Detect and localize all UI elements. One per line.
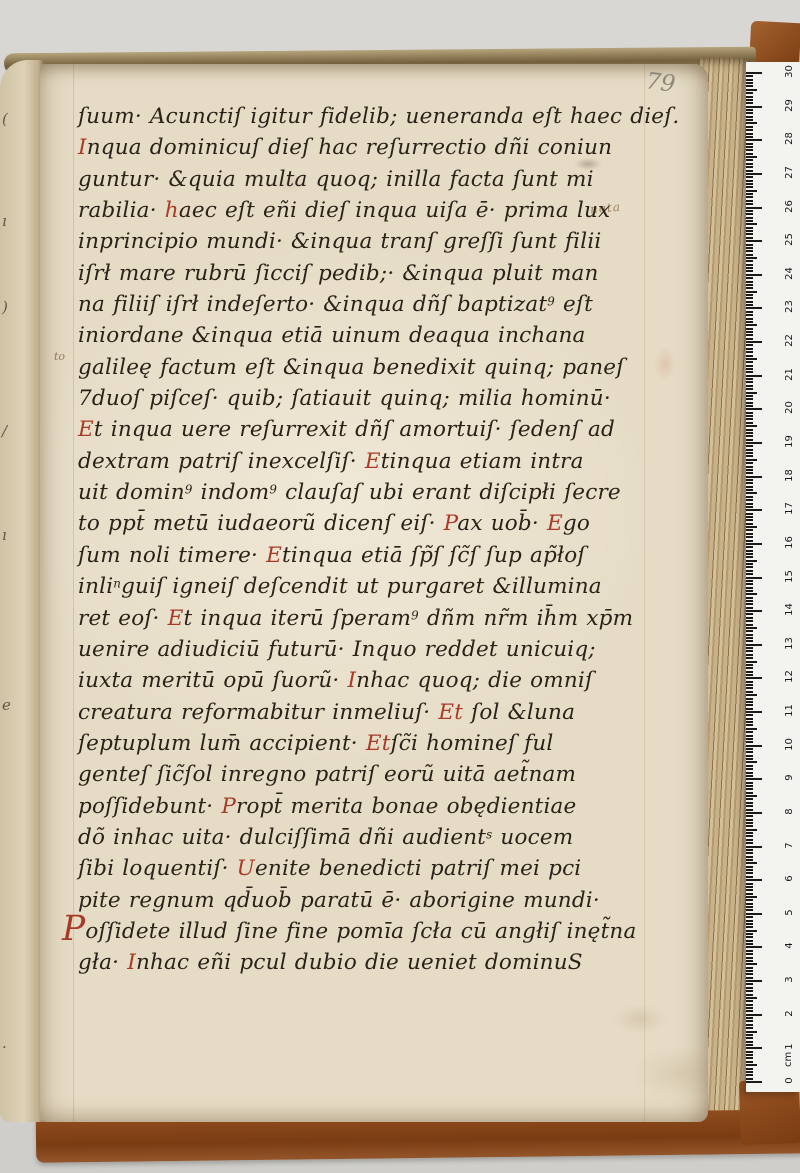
ruler-tick	[746, 96, 753, 98]
manuscript-line: Inqua dominicuſ dieſ hac reſurrectio dñi…	[78, 135, 698, 166]
text-segment: 9	[411, 608, 419, 622]
ruler-number: 14	[784, 602, 795, 617]
text-segment: 9	[547, 295, 555, 309]
ruler-tick	[746, 812, 762, 814]
ruler-tick	[746, 607, 753, 609]
manuscript-line: to ppt̄ metū iudaeorũ dicenſ eiſ· Pax uo…	[78, 511, 698, 542]
text-segment: oſſidete illud ſine fine pomīa ſcła cū a…	[85, 919, 636, 944]
ruler-tick	[746, 650, 753, 652]
ruler-tick	[746, 883, 753, 885]
ruler-tick	[746, 240, 762, 242]
ruler-tick	[746, 657, 753, 659]
ruler-tick	[746, 923, 753, 925]
text-segment: ax uob̄·	[457, 511, 547, 536]
ruler-tick	[746, 1041, 753, 1043]
rubricated-initial: P	[444, 511, 458, 536]
ruler-tick	[746, 1007, 753, 1009]
ruler-tick	[746, 620, 753, 622]
ruler-tick	[746, 795, 757, 797]
ruler-tick	[746, 550, 753, 552]
ruler-tick	[746, 307, 762, 309]
manuscript-line: ſuum· Acunctiſ igitur fidelib; ueneranda…	[78, 104, 698, 135]
text-segment: dõ inhac uita· dulciſſimā dñi audient	[78, 825, 486, 850]
ruler-number: 22	[784, 333, 795, 348]
ruler-tick	[746, 183, 753, 185]
rubricated-initial: U	[237, 856, 255, 881]
ruler-tick	[746, 227, 753, 229]
ruler-tick	[746, 170, 753, 172]
ruler-tick	[746, 879, 762, 881]
ruler-number: 29	[784, 98, 795, 113]
ruler-tick	[746, 1057, 753, 1059]
ruler-tick	[746, 1020, 753, 1022]
ruler-tick	[746, 237, 753, 239]
ruler-tick	[746, 190, 757, 192]
text-segment: 9	[269, 483, 277, 497]
manuscript-line: iniordane &inqua etiā uinum deaqua incha…	[78, 323, 698, 354]
ruler-number: 6	[784, 871, 795, 886]
ruler-tick	[746, 741, 753, 743]
ruler-tick	[746, 590, 753, 592]
ruler-tick	[746, 765, 753, 767]
edge-letter-fragment: ı	[2, 526, 7, 544]
rubricated-initial: P	[62, 909, 85, 949]
ruler-tick	[746, 1044, 753, 1046]
manuscript-line: rabilia· haec eſt eñi dieſ inqua uiſa ē·…	[78, 198, 698, 229]
ruler-tick	[746, 856, 753, 858]
ruler-tick	[746, 540, 753, 542]
rubricated-initial: I	[78, 135, 87, 160]
ruler-tick	[746, 469, 753, 471]
ruler-number: 13	[784, 636, 795, 651]
ruler-tick	[746, 792, 753, 794]
ruler-tick	[746, 82, 753, 84]
rubricated-initial: P	[221, 794, 236, 819]
text-segment: genteſ ſic̃ſol inregno patriſ eorũ uitā …	[78, 762, 576, 787]
ruler-tick	[746, 597, 753, 599]
ruler-tick	[746, 570, 753, 572]
ruler-tick	[746, 755, 753, 757]
manuscript-line: genteſ ſic̃ſol inregno patriſ eorũ uitā …	[78, 762, 698, 793]
text-segment: guiſ igneiſ deſcendit ut purgaret &illum…	[121, 574, 602, 599]
ruler-tick	[746, 691, 753, 693]
ruler-tick	[746, 244, 753, 246]
page-number: 79	[645, 68, 677, 97]
ruler-tick	[746, 546, 753, 548]
ruler-tick	[746, 328, 753, 330]
ruler-tick	[746, 455, 753, 457]
ruler-tick	[746, 556, 753, 558]
ruler-number: 15	[784, 569, 795, 584]
ruler-tick	[746, 563, 753, 565]
ruler-tick	[746, 388, 753, 390]
ruler-tick	[746, 331, 753, 333]
ruler-tick	[746, 933, 753, 935]
text-segment: ret eoſ·	[78, 606, 168, 631]
text-segment: ſibi loquentiſ·	[78, 856, 237, 881]
ruler-tick	[746, 492, 757, 494]
ruler-tick	[746, 247, 753, 249]
ruler-tick	[746, 580, 753, 582]
ruler-tick	[746, 1078, 753, 1080]
ruler-tick	[746, 849, 753, 851]
ruler-tick	[746, 577, 762, 579]
ruler-tick	[746, 1024, 753, 1026]
rubricated-initial: E	[168, 606, 184, 631]
ruler-tick	[746, 758, 753, 760]
ruler-tick	[746, 445, 753, 447]
ruler-number: 23	[784, 299, 795, 314]
text-segment: pite regnum qd̄uob̄ paratū ē· aborigine …	[78, 888, 600, 913]
ruler-tick	[746, 943, 753, 945]
ruler-tick	[746, 990, 753, 992]
ruler-number: 28	[784, 131, 795, 146]
ruler-tick	[746, 782, 753, 784]
ruler-tick	[746, 963, 757, 965]
ruler-tick	[746, 738, 753, 740]
text-block: ſuum· Acunctiſ igitur fidelib; ueneranda…	[78, 104, 698, 982]
ruler-number: 12	[784, 669, 795, 684]
edge-letter-fragment: ·	[2, 1038, 7, 1056]
ruler-tick	[746, 186, 753, 188]
ruler-tick	[746, 987, 753, 989]
ruler-tick	[746, 967, 753, 969]
text-segment: tinqua etiā ſp̃ſ ſc̃ſ ſup ap̃łoſ	[282, 543, 585, 568]
ruler-tick	[746, 519, 753, 521]
text-segment: guntur· &quia multa quoq; inilla facta ſ…	[78, 167, 594, 192]
ruler-tick	[746, 233, 753, 235]
ruler-tick	[746, 788, 753, 790]
ruler-tick	[746, 997, 757, 999]
ruler-tick	[746, 936, 753, 938]
ruler-tick	[746, 153, 753, 155]
text-segment: ropt̄ merita bonae obędientiae	[236, 794, 576, 819]
ruler-tick	[746, 196, 753, 198]
ruler-tick	[746, 180, 753, 182]
text-segment: ſeptuplum lum̄ accipient·	[78, 731, 366, 756]
ruler-tick	[746, 176, 753, 178]
ruler-tick	[746, 906, 753, 908]
ruler-tick	[746, 728, 757, 730]
ruler-tick	[746, 684, 753, 686]
ruler-tick	[746, 368, 753, 370]
ruler-number: 3	[784, 972, 795, 987]
ruler-tick	[746, 230, 753, 232]
manuscript-line: 7duoſ piſceſ· quib; ſatiauit quinq; mili…	[78, 386, 698, 417]
ruler-tick	[746, 714, 753, 716]
ruler-tick	[746, 916, 753, 918]
ruler-tick	[746, 210, 753, 212]
text-segment: 9	[185, 483, 193, 497]
ruler-tick	[746, 872, 753, 874]
edge-letter-fragment: e	[2, 696, 11, 714]
ruler-tick	[746, 842, 753, 844]
ruler-tick	[746, 745, 762, 747]
ruler-tick	[746, 361, 753, 363]
manuscript-line: guntur· &quia multa quoq; inilla facta ſ…	[78, 167, 698, 198]
ruler-tick	[746, 1031, 757, 1033]
ruler-tick	[746, 324, 757, 326]
ruler-tick	[746, 825, 753, 827]
ruler-tick	[746, 72, 762, 74]
text-segment: dextram patriſ inexcelſiſ·	[78, 449, 365, 474]
ruler-tick	[746, 566, 753, 568]
ruler-tick	[746, 617, 753, 619]
ruler-tick	[746, 1014, 762, 1016]
ruler-tick	[746, 1000, 753, 1002]
ruler-tick	[746, 654, 753, 656]
ruler-tick	[746, 698, 753, 700]
text-segment: t inqua iterū ſperam	[183, 606, 411, 631]
ruler-tick	[746, 832, 753, 834]
ruler-tick	[746, 311, 753, 313]
ruler-tick	[746, 940, 753, 942]
ruler-tick	[746, 479, 753, 481]
ruler-tick	[746, 681, 753, 683]
text-segment: iniordane &inqua etiā uinum deaqua incha…	[78, 323, 586, 348]
ruler-tick	[746, 644, 762, 646]
ruler-tick	[746, 341, 762, 343]
ruler-tick	[746, 472, 753, 474]
manuscript-line: pite regnum qd̄uob̄ paratū ē· aborigine …	[78, 888, 698, 919]
facing-page-edge: (ı)/ıe·	[0, 60, 44, 1122]
ruler-tick	[746, 264, 753, 266]
text-segment: uit domin	[78, 480, 185, 505]
ruler-tick	[746, 634, 753, 636]
ruler-tick	[746, 109, 753, 111]
edge-letter-fragment: )	[2, 298, 8, 316]
ruler-tick	[746, 267, 753, 269]
manuscript-line: na filiiſ iſrł indeſerto· &inqua dñſ bap…	[78, 292, 698, 323]
text-segment: gła·	[78, 950, 127, 975]
ruler-tick	[746, 920, 753, 922]
ruler-tick	[746, 751, 753, 753]
ruler-tick	[746, 223, 757, 225]
text-segment: nhac eñi pcul dubio die ueniet dominuS	[136, 950, 583, 975]
ruler-tick	[746, 839, 753, 841]
rubricated-initial: I	[127, 950, 136, 975]
ruler-number: 4	[784, 938, 795, 953]
text-segment: rabilia·	[78, 198, 165, 223]
ruler-number: 24	[784, 266, 795, 281]
ruler-number: 9	[784, 770, 795, 785]
ruler-tick	[746, 1027, 753, 1029]
ruler-number: 16	[784, 535, 795, 550]
ruler-tick	[746, 112, 753, 114]
ruler-tick	[746, 250, 753, 252]
ruler-tick	[746, 89, 757, 91]
ruler-tick	[746, 1051, 753, 1053]
ruler-tick	[746, 422, 753, 424]
ruler-tick	[746, 146, 753, 148]
ruler-tick	[746, 1034, 753, 1036]
ruler-tick	[746, 281, 753, 283]
manuscript-line: ſeptuplum lum̄ accipient· Etſc̃i homineſ…	[78, 731, 698, 762]
ruler-tick	[746, 486, 753, 488]
ruler-tick	[746, 637, 753, 639]
ruler-tick	[746, 798, 753, 800]
ruler-tick	[746, 395, 753, 397]
ruler-tick	[746, 287, 753, 289]
ruler-tick	[746, 647, 753, 649]
manuscript-line: inprincipio mundi· &inqua tranſ greſſi ſ…	[78, 229, 698, 260]
ruler-tick	[746, 869, 753, 871]
ruler-tick	[746, 950, 753, 952]
ruler-tick	[746, 610, 762, 612]
ruler-tick	[746, 429, 753, 431]
ruler-tick	[746, 270, 753, 272]
ruler-number: 5	[784, 905, 795, 920]
ruler-tick	[746, 254, 753, 256]
rubricated-initial: Et	[366, 731, 391, 756]
ruler-tick	[746, 671, 753, 673]
ruler-tick	[746, 284, 753, 286]
ruler-number: 11	[784, 703, 795, 718]
text-segment: nqua dominicuſ dieſ hac reſurrectio dñi …	[87, 135, 613, 160]
ruler-tick	[746, 523, 753, 525]
ruler-tick	[746, 1071, 753, 1073]
ruler-number: 0	[784, 1073, 795, 1088]
text-segment: ſc̃i homineſ ful	[391, 731, 554, 756]
ruler-tick	[746, 476, 762, 478]
ruler-tick	[746, 489, 753, 491]
ruler-tick	[746, 365, 753, 367]
ruler-tick	[746, 173, 762, 175]
measuring-ruler: cm 3029282726252423222120191817161514131…	[746, 62, 800, 1092]
ruler-tick	[746, 533, 753, 535]
ruler-tick	[746, 1004, 753, 1006]
ruler-tick	[746, 536, 753, 538]
ruler-tick	[746, 136, 753, 138]
ruler-tick	[746, 778, 762, 780]
ruler-tick	[746, 499, 753, 501]
ruler-tick	[746, 439, 753, 441]
ruler-tick	[746, 926, 753, 928]
ruler-tick	[746, 119, 753, 121]
ruler-tick	[746, 876, 753, 878]
text-segment: n	[113, 577, 121, 591]
ruler-tick	[746, 852, 753, 854]
ruler-number: 30	[784, 64, 795, 79]
ruler-tick	[746, 344, 753, 346]
ruler-tick	[746, 200, 753, 202]
text-segment: ſum noli timere·	[78, 543, 266, 568]
manuscript-line: gła· Inhac eñi pcul dubio die ueniet dom…	[78, 950, 698, 981]
ruler-number: 2	[784, 1006, 795, 1021]
ruler-tick	[746, 385, 753, 387]
ruler-tick	[746, 1081, 762, 1083]
rubricated-initial: E	[78, 417, 94, 442]
ruler-tick	[746, 126, 753, 128]
ruler-tick	[746, 348, 753, 350]
ruler-tick	[746, 694, 757, 696]
ruler-tick	[746, 358, 757, 360]
ruler-number: 7	[784, 838, 795, 853]
ruler-tick	[746, 667, 753, 669]
ruler-tick	[746, 909, 753, 911]
ruler-tick	[746, 603, 753, 605]
ruler-tick	[746, 896, 757, 898]
ruler-tick	[746, 381, 753, 383]
text-segment: na filiiſ iſrł indeſerto· &inqua dñſ bap…	[78, 292, 547, 317]
ruler-tick	[746, 953, 753, 955]
ruler-tick	[746, 220, 753, 222]
ruler-tick	[746, 452, 753, 454]
ruler-tick	[746, 768, 753, 770]
ruler-tick	[746, 866, 753, 868]
ruler-tick	[746, 983, 753, 985]
ruler-tick	[746, 462, 753, 464]
ruler-tick	[746, 392, 757, 394]
ruler-tick	[746, 260, 753, 262]
ruler-tick	[746, 718, 753, 720]
manuscript-line: iſrł mare rubrū ſicciſ pedib;· &inqua pl…	[78, 261, 698, 292]
manuscript-line: iuxta meritū opū ſuorũ· Inhac quoq; die …	[78, 668, 698, 699]
text-segment: poſſidebunt·	[78, 794, 221, 819]
ruler-tick	[746, 75, 753, 77]
ruler-tick	[746, 314, 753, 316]
ruler-tick	[746, 277, 753, 279]
ruler-tick	[746, 129, 753, 131]
ruler-tick	[746, 994, 753, 996]
ruler-tick	[746, 819, 753, 821]
ruler-tick	[746, 701, 753, 703]
ruler-tick	[746, 156, 757, 158]
ruler-tick	[746, 516, 753, 518]
ruler-tick	[746, 116, 753, 118]
ruler-tick	[746, 973, 753, 975]
edge-letter-fragment: (	[2, 110, 8, 128]
ruler-tick	[746, 893, 753, 895]
edge-letter-fragment: /	[2, 422, 7, 440]
ruler-tick	[746, 159, 753, 161]
ruler-tick	[746, 378, 753, 380]
ruler-tick	[746, 509, 762, 511]
ruler-tick	[746, 829, 757, 831]
ruler-tick	[746, 664, 753, 666]
text-segment: ſol &luna	[463, 700, 575, 725]
ruler-tick	[746, 102, 753, 104]
ruler-tick	[746, 274, 762, 276]
manuscript-line: ſibi loquentiſ· Uenite benedicti patriſ …	[78, 856, 698, 887]
ruler-number: 17	[784, 501, 795, 516]
ruler-tick	[746, 408, 762, 410]
ruler-tick	[746, 583, 753, 585]
ruler-tick	[746, 630, 753, 632]
ruler-tick	[746, 1064, 757, 1066]
ruler-tick	[746, 704, 753, 706]
text-segment: ſuum· Acunctiſ igitur fidelib; ueneranda…	[78, 104, 679, 129]
ruler-tick	[746, 149, 753, 151]
ruler-tick	[746, 903, 753, 905]
ruler-tick	[746, 351, 753, 353]
ruler-tick	[746, 321, 753, 323]
ruler-tick	[746, 886, 753, 888]
parchment-page: 79 nota to ſuum· Acunctiſ igitur fidelib…	[40, 64, 708, 1122]
ruler-number: 18	[784, 468, 795, 483]
text-segment: uocem	[492, 825, 573, 850]
ruler-tick	[746, 805, 753, 807]
ruler-tick	[746, 1017, 753, 1019]
ruler-tick	[746, 304, 753, 306]
ruler-tick	[746, 775, 753, 777]
ruler-tick	[746, 899, 753, 901]
ruler-tick	[746, 846, 762, 848]
text-segment: go	[563, 511, 590, 536]
ruler-tick	[746, 257, 757, 259]
ruler-tick	[746, 79, 753, 81]
ruler-tick	[746, 334, 753, 336]
